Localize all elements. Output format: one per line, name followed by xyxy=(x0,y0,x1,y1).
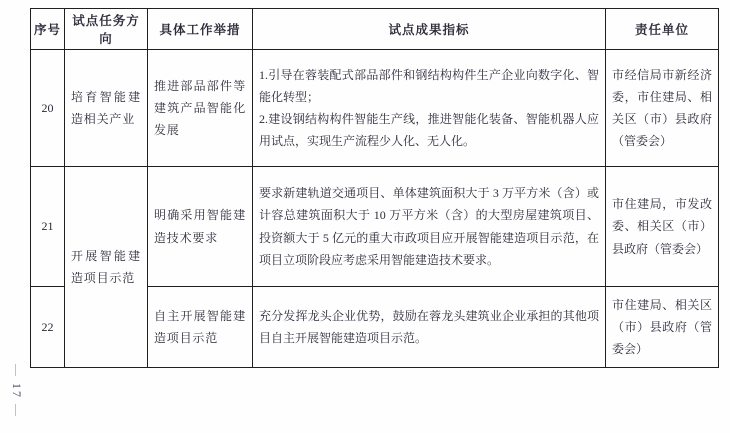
header-cell-no: 序号 xyxy=(31,9,65,50)
row20-unit-cell: 市经信局市新经济委，市住建局、相关区（市）县政府（管委会） xyxy=(606,50,719,167)
table-row: 21 开展智能建造项目示范 明确采用智能建造技术要求 要求新建轨道交通项目、单体… xyxy=(31,167,719,287)
header-cell-direction: 试点任务方向 xyxy=(65,9,148,50)
table-row: 20 培育智能建造相关产业 推进部品部件等建筑产品智能化发展 1.引导在蓉装配式… xyxy=(31,50,719,167)
page-number-value: 17 xyxy=(10,383,24,399)
row20-indicator-cell: 1.引导在蓉装配式部品部件和钢结构构件生产企业向数字化、智能化转型； 2.建设钢… xyxy=(253,50,606,167)
row22-measure-cell: 自主开展智能建造项目示范 xyxy=(148,287,253,368)
header-cell-indicator: 试点成果指标 xyxy=(253,9,606,50)
row21-unit-cell: 市住建局，市发改委、相关区（市）县政府（管委会） xyxy=(606,167,719,287)
row20-measure-cell: 推进部品部件等建筑产品智能化发展 xyxy=(148,50,253,167)
row20-direction-cell: 培育智能建造相关产业 xyxy=(65,50,148,167)
row22-unit-cell: 市住建局、相关区（市）县政府（管委会） xyxy=(606,287,719,368)
row21-indicator-cell: 要求新建轨道交通项目、单体建筑面积大于 3 万平方米（含）或计容总建筑面积大于 … xyxy=(253,167,606,287)
header-cell-unit: 责任单位 xyxy=(606,9,719,50)
pilot-task-table: 序号 试点任务方向 具体工作举措 试点成果指标 责任单位 20 培育智能建造相关… xyxy=(30,8,719,368)
row20-no-cell: 20 xyxy=(31,50,65,167)
row22-no-cell: 22 xyxy=(31,287,65,368)
page-number-dash-right: — xyxy=(10,404,24,418)
header-cell-measure: 具体工作举措 xyxy=(148,9,253,50)
row22-indicator-cell: 充分发挥龙头企业优势，鼓励在蓉龙头建筑业企业承担的其他项目自主开展智能建造项目示… xyxy=(253,287,606,368)
row21-22-direction-merged-cell: 开展智能建造项目示范 xyxy=(65,167,148,368)
page-number: — 17 — xyxy=(8,355,26,427)
row21-measure-cell: 明确采用智能建造技术要求 xyxy=(148,167,253,287)
document-page: 序号 试点任务方向 具体工作举措 试点成果指标 责任单位 20 培育智能建造相关… xyxy=(0,0,730,433)
row21-no-cell: 21 xyxy=(31,167,65,287)
table-header-row: 序号 试点任务方向 具体工作举措 试点成果指标 责任单位 xyxy=(31,9,719,50)
page-number-dash-left: — xyxy=(10,364,24,378)
